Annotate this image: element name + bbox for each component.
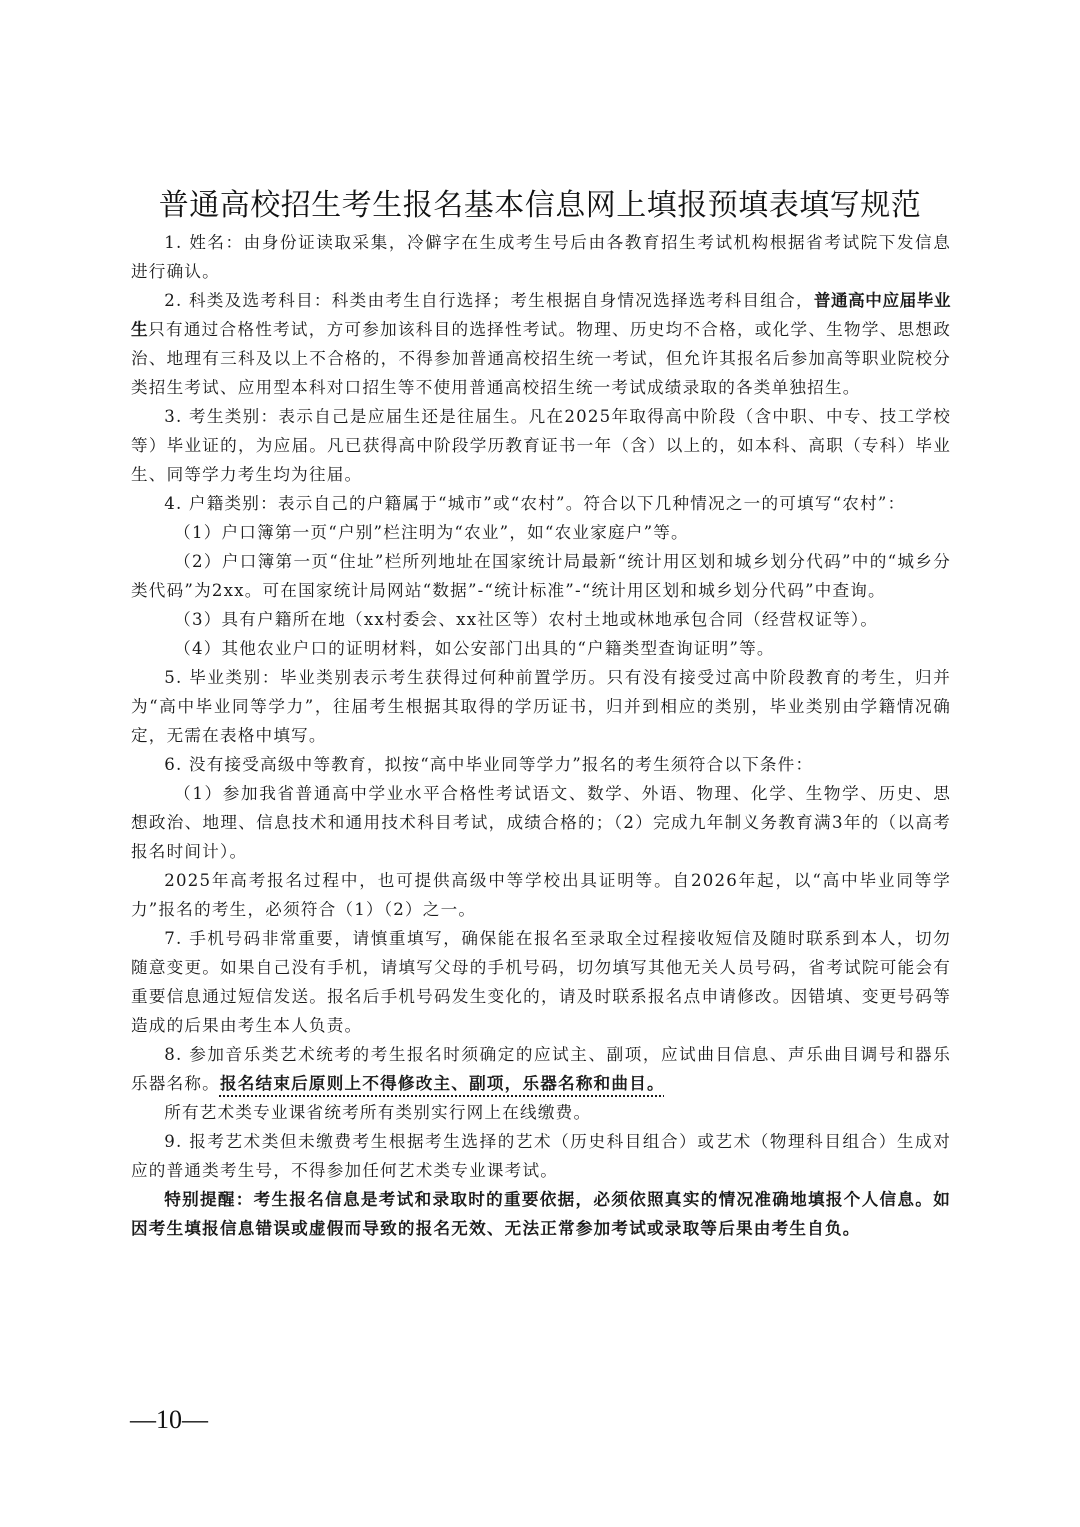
document-body: 1. 姓名：由身份证读取采集，冷僻字在生成考生号后由各教育招生考试机构根据省考试… xyxy=(131,228,951,1243)
item-4-sub-1: （1）户口簿第一页“户别”栏注明为“农业”，如“农业家庭户”等。 xyxy=(131,518,951,547)
item-4-household-category: 4. 户籍类别：表示自己的户籍属于“城市”或“农村”。符合以下几种情况之一的可填… xyxy=(131,489,951,518)
item-5-graduation-category: 5. 毕业类别：毕业类别表示考生获得过何种前置学历。只有没有接受过高中阶段教育的… xyxy=(131,663,951,750)
item-2-text-before: 2. 科类及选考科目：科类由考生自行选择；考生根据自身情况选择选考科目组合， xyxy=(164,291,814,310)
item-2-text-after: 只有通过合格性考试，方可参加该科目的选择性考试。物理、历史均不合格，或化学、生物… xyxy=(131,320,951,397)
item-2-subjects: 2. 科类及选考科目：科类由考生自行选择；考生根据自身情况选择选考科目组合，普通… xyxy=(131,286,951,402)
item-4-sub-4: （4）其他农业户口的证明材料，如公安部门出具的“户籍类型查询证明”等。 xyxy=(131,634,951,663)
special-reminder: 特别提醒：考生报名信息是考试和录取时的重要依据，必须依照真实的情况准确地填报个人… xyxy=(131,1185,951,1243)
page-number: —10— xyxy=(130,1405,208,1435)
item-4-sub-2: （2）户口簿第一页“住址”栏所列地址在国家统计局最新“统计用区划和城乡划分代码”… xyxy=(131,547,951,605)
item-6-conditions: （1）参加我省普通高中学业水平合格性考试语文、数学、外语、物理、化学、生物学、历… xyxy=(131,779,951,866)
item-9-art-unpaid: 9. 报考艺术类但未缴费考生根据考生选择的艺术（历史科目组合）或艺术（物理科目组… xyxy=(131,1127,951,1185)
item-7-phone-number: 7. 手机号码非常重要，请慎重填写，确保能在报名至录取全过程接收短信及随时联系到… xyxy=(131,924,951,1040)
item-1-name: 1. 姓名：由身份证读取采集，冷僻字在生成考生号后由各教育招生考试机构根据省考试… xyxy=(131,228,951,286)
item-4-sub-3: （3）具有户籍所在地（xx村委会、xx社区等）农村土地或林地承包合同（经营权证等… xyxy=(131,605,951,634)
item-8-emphasis-text: 报名结束后原则上不得修改主、副项，乐器名称和曲目。 xyxy=(220,1073,665,1093)
special-reminder-text: 考生报名信息是考试和录取时的重要依据，必须依照真实的情况准确地填报个人信息。如因… xyxy=(131,1189,951,1238)
item-6-note: 2025年高考报名过程中，也可提供高级中等学校出具证明等。自2026年起，以“高… xyxy=(131,866,951,924)
document-page: 普通高校招生考生报名基本信息网上填报预填表填写规范 1. 姓名：由身份证读取采集… xyxy=(0,0,1080,1527)
item-6-equivalent-education: 6. 没有接受高级中等教育，拟按“高中毕业同等学力”报名的考生须符合以下条件： xyxy=(131,750,951,779)
document-title: 普通高校招生考生报名基本信息网上填报预填表填写规范 xyxy=(130,180,950,224)
item-8-payment-note: 所有艺术类专业课省统考所有类别实行网上在线缴费。 xyxy=(131,1098,951,1127)
item-3-student-category: 3. 考生类别：表示自己是应届生还是往届生。凡在2025年取得高中阶段（含中职、… xyxy=(131,402,951,489)
item-8-music-exam: 8. 参加音乐类艺术统考的考生报名时须确定的应试主、副项，应试曲目信息、声乐曲目… xyxy=(131,1040,951,1098)
special-reminder-label: 特别提醒： xyxy=(164,1189,253,1209)
